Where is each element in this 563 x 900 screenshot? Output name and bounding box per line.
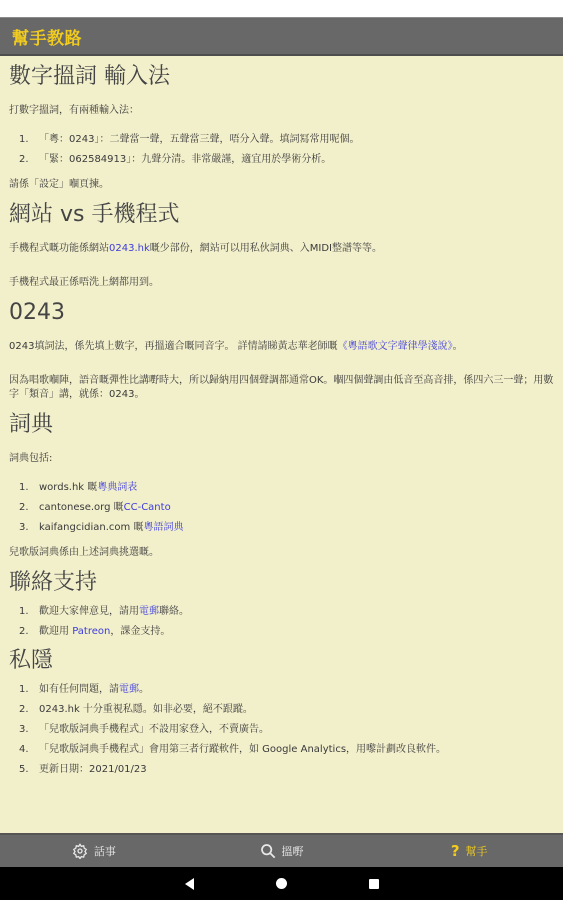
app-bar: 幫手教路: [0, 17, 563, 56]
list-item: 2.歡迎用 Patreon，課金支持。: [19, 622, 554, 642]
link-cc-canto[interactable]: CC-Canto: [124, 502, 171, 513]
heading-web-vs-app: 網站 vs 手機程式: [9, 202, 554, 228]
web-vs-app-p2: 手機程式最正係唔洗上網都用到。: [9, 276, 554, 290]
link-0243hk[interactable]: 0243.hk: [109, 243, 150, 254]
method-p2: 因為唱歌嗰陣，語音嘅彈性比講嘢時大，所以歸納用四個聲調都通常OK。嗰四個聲調由低…: [9, 374, 554, 402]
heading-input-method: 數字搵詞 輸入法: [9, 64, 554, 90]
gear-icon: [72, 843, 88, 859]
nav-settings[interactable]: 話事: [0, 843, 188, 859]
list-item: 5.更新日期：2021/01/23: [19, 760, 554, 780]
heading-privacy: 私隱: [9, 648, 554, 674]
input-method-list: 1.「粵：0243」：二聲當一聲，五聲當三聲，唔分入聲。填詞冩常用呢個。 2.「…: [19, 130, 554, 170]
dictionary-intro: 詞典包括:: [9, 452, 554, 466]
nav-help-label: 幫手: [466, 843, 488, 859]
web-vs-app-p1: 手機程式嘅功能係網站0243.hk嘅少部份，網站可以用私伙詞典、入MIDI整譜等…: [9, 242, 554, 256]
link-book[interactable]: 《粵語歌文字聲律學淺說》: [338, 341, 453, 352]
nav-search[interactable]: 搵嘢: [188, 843, 376, 859]
back-button[interactable]: [183, 877, 197, 891]
back-icon: [185, 878, 194, 890]
list-item: 3.kaifangcidian.com 嘅粵語詞典: [19, 518, 554, 538]
bottom-nav: 話事 搵嘢 ? 幫手: [0, 833, 563, 867]
nav-settings-label: 話事: [94, 843, 116, 859]
list-item: 1.「粵：0243」：二聲當一聲，五聲當三聲，唔分入聲。填詞冩常用呢個。: [19, 130, 554, 150]
contact-list: 1.歡迎大家俾意見，請用電郵聯絡。 2.歡迎用 Patreon，課金支持。: [19, 602, 554, 642]
heading-0243: 0243: [9, 300, 554, 326]
list-item: 3.「兒歌版詞典手機程式」不設用家登入，不賣廣告。: [19, 720, 554, 740]
dictionary-note: 兒歌版詞典係由上述詞典挑選嘅。: [9, 546, 554, 560]
link-words-hk[interactable]: 粵典詞表: [97, 482, 137, 493]
home-icon: [276, 878, 287, 889]
list-item: 1.歡迎大家俾意見，請用電郵聯絡。: [19, 602, 554, 622]
status-bar: [0, 0, 563, 17]
dictionary-list: 1.words.hk 嘅粵典詞表 2.cantonese.org 嘅CC-Can…: [19, 478, 554, 538]
heading-contact: 聯絡支持: [9, 570, 554, 596]
list-item: 2.0243.hk 十分重視私隱。如非必要，絕不跟蹤。: [19, 700, 554, 720]
search-icon: [260, 843, 276, 859]
list-item: 4.「兒歌版詞典手機程式」會用第三者行蹤軟件，如 Google Analytic…: [19, 740, 554, 760]
list-item: 2.「緊：062584913」：九聲分清。非常嚴謹，適宜用於學術分析。: [19, 150, 554, 170]
list-item: 2.cantonese.org 嘅CC-Canto: [19, 498, 554, 518]
link-email-contact[interactable]: 電郵: [139, 606, 159, 617]
question-icon: ?: [451, 842, 460, 860]
list-item: 1.如有任何問題，請電郵。: [19, 680, 554, 700]
home-button[interactable]: [275, 877, 289, 891]
link-kaifangcidian[interactable]: 粵語詞典: [143, 522, 183, 533]
method-p1: 0243填詞法，係先填上數字，再搵適合嘅同音字。 詳情請睇黃志華老師嘅《粵語歌文…: [9, 340, 554, 354]
list-item: 1.words.hk 嘅粵典詞表: [19, 478, 554, 498]
heading-dictionary: 詞典: [9, 412, 554, 438]
nav-help[interactable]: ? 幫手: [375, 842, 563, 860]
nav-search-label: 搵嘢: [282, 843, 304, 859]
input-note: 請係「設定」嗰頁揀。: [9, 178, 554, 192]
link-email-privacy[interactable]: 電郵: [119, 684, 139, 695]
recents-icon: [369, 879, 379, 889]
privacy-list: 1.如有任何問題，請電郵。 2.0243.hk 十分重視私隱。如非必要，絕不跟蹤…: [19, 680, 554, 780]
app-title: 幫手教路: [12, 24, 82, 49]
link-patreon[interactable]: Patreon: [72, 626, 110, 637]
recents-button[interactable]: [367, 877, 381, 891]
system-navigation-bar: [0, 867, 563, 900]
help-content[interactable]: 數字搵詞 輸入法 打數字搵詞，有兩種輸入法： 1.「粵：0243」：二聲當一聲，…: [0, 56, 563, 833]
input-intro: 打數字搵詞，有兩種輸入法：: [9, 104, 554, 118]
